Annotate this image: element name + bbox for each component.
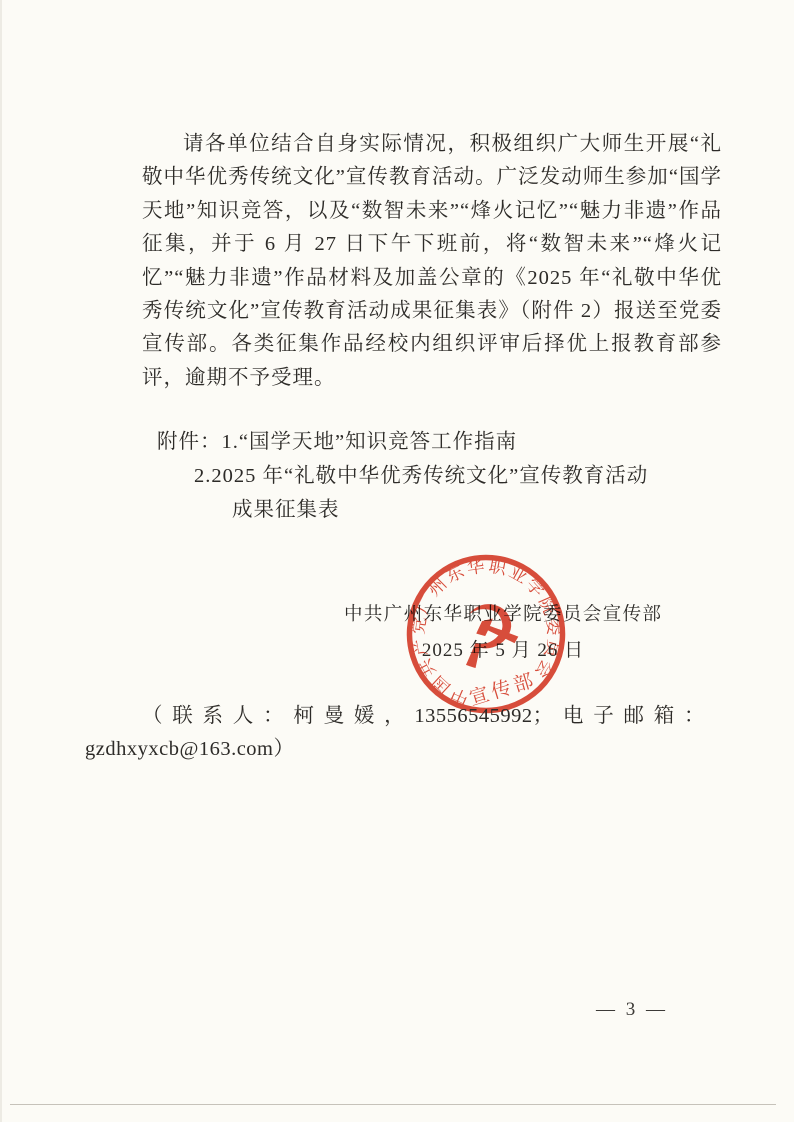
page-number: — 3 — — [596, 999, 668, 1021]
attachment-item-1: 1.“国学天地”知识竞答工作指南 — [222, 431, 518, 453]
contact-info: （联系人：柯曼媛，13556545992；电子邮箱： gzdhxyxcb@163… — [85, 700, 705, 765]
contact-line-1: （联系人：柯曼媛，13556545992；电子邮箱： — [142, 700, 705, 733]
scan-edge-bottom — [10, 1104, 776, 1105]
attachment-item-2: 2.2025 年“礼敬中华优秀传统文化”宣传教育活动 — [194, 459, 648, 493]
attachments-section: 附件：1.“国学天地”知识竞答工作指南 2.2025 年“礼敬中华优秀传统文化”… — [157, 425, 648, 527]
document-page: 请各单位结合自身实际情况，积极组织广大师生开展“礼敬中华优秀传统文化”宣传教育活… — [0, 0, 794, 1122]
contact-line-2: gzdhxyxcb@163.com） — [85, 733, 705, 766]
body-paragraph: 请各单位结合自身实际情况，积极组织广大师生开展“礼敬中华优秀传统文化”宣传教育活… — [142, 128, 722, 395]
attachment-item-2-continued: 成果征集表 — [232, 493, 648, 527]
attachment-label: 附件： — [157, 431, 222, 453]
scan-edge-left — [0, 0, 2, 1122]
attachment-line-1: 附件：1.“国学天地”知识竞答工作指南 — [157, 425, 648, 459]
